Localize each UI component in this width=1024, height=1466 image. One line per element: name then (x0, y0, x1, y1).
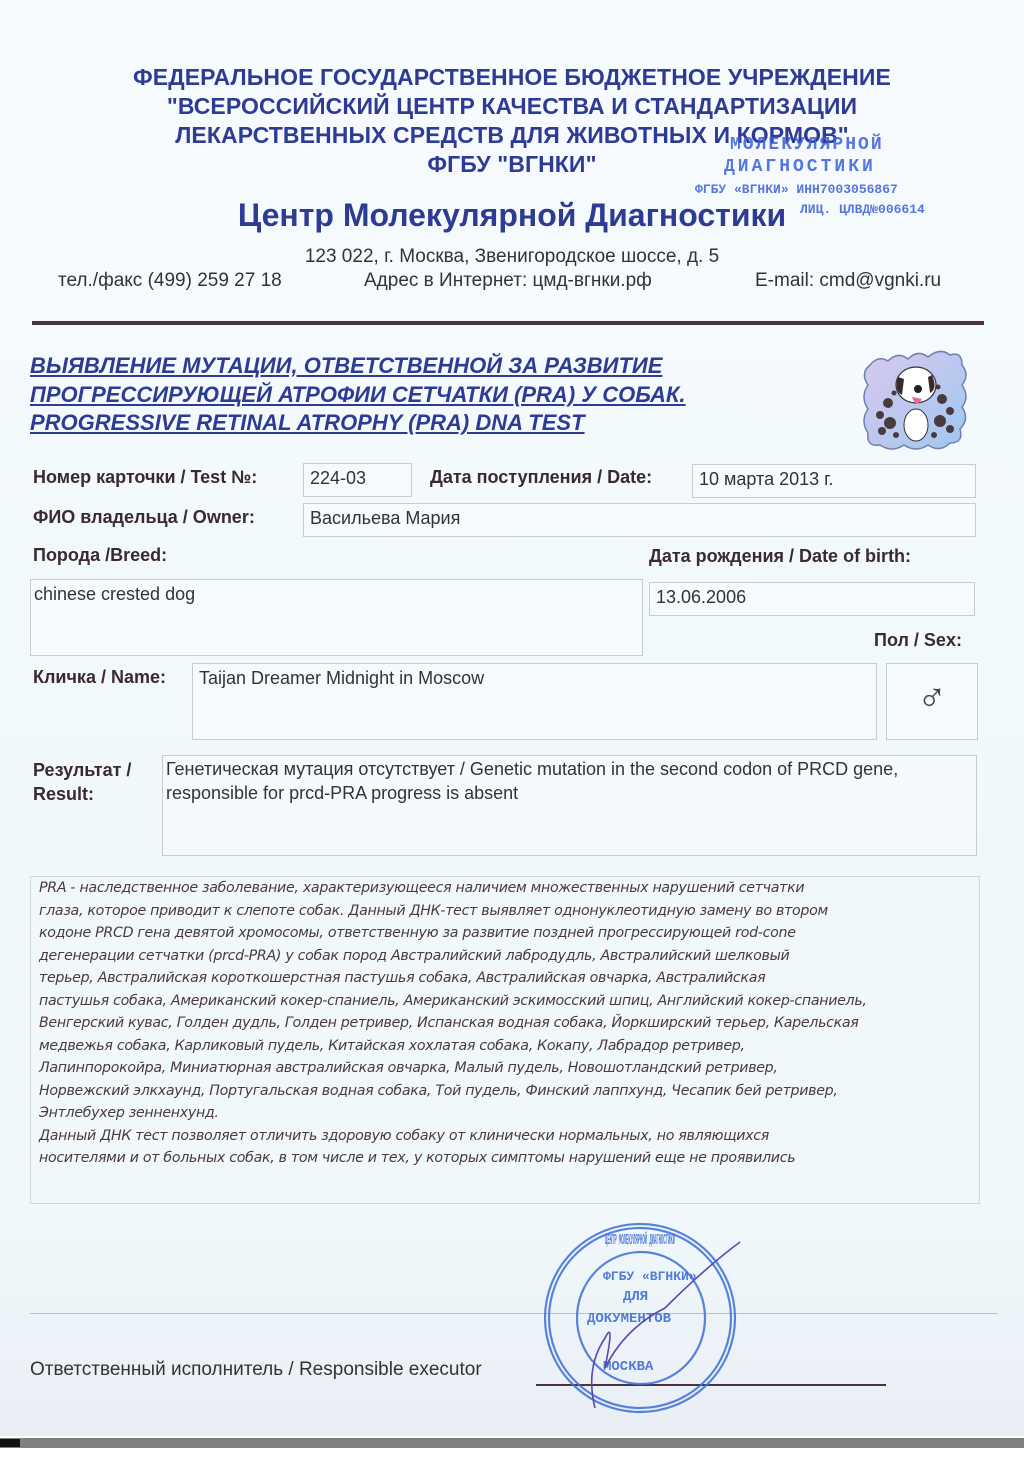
receipt-date-field: 10 марта 2013 г. (692, 464, 976, 498)
description-line: пастушья собака, Американский кокер-спан… (39, 990, 971, 1013)
test-title-line-3: PROGRESSIVE RETINAL ATROPHY (PRA) DNA TE… (30, 410, 585, 436)
sex-label: Пол / Sex: (874, 630, 962, 651)
description-line: медвежья собака, Карликовый пудель, Кита… (39, 1035, 971, 1058)
seal-outer-text: ЦЕНТР МОЛЕКУЛЯРНОЙ ДИАГНОСТИКИ (605, 1231, 675, 1249)
description-line: Венгерский кувас, Голден дудль, Голден р… (39, 1012, 971, 1035)
date-of-birth-label: Дата рождения / Date of birth: (649, 546, 911, 567)
test-description: PRA - наследственное заболевание, характ… (30, 876, 980, 1204)
name-label: Кличка / Name: (33, 667, 166, 688)
lab-stamp-line-3: ФГБУ «ВГНКИ» ИНН7003056867 (695, 182, 898, 197)
seal-inner-top: ФГБУ «ВГНКИ» (603, 1269, 697, 1284)
description-line: Норвежский элкхаунд, Португальская водна… (39, 1080, 971, 1103)
description-line: Лапинпорокойра, Миниатюрная австралийска… (39, 1057, 971, 1080)
official-seal-icon: ЦЕНТР МОЛЕКУЛЯРНОЙ ДИАГНОСТИКИ ФГБУ «ВГН… (535, 1218, 750, 1418)
description-line: терьер, Австралийская короткошерстная па… (39, 967, 971, 990)
description-line: Данный ДНК тест позволяет отличить здоро… (39, 1125, 971, 1148)
breed-field: chinese crested dog (30, 579, 643, 656)
scan-mark (0, 1439, 20, 1447)
address: 123 022, г. Москва, Звенигородское шоссе… (0, 246, 1024, 268)
header-divider (32, 321, 984, 325)
description-line: кодоне PRCD гена девятой хромосомы, отве… (39, 922, 971, 945)
email-link[interactable]: E-mail: cmd@vgnki.ru (755, 270, 941, 292)
responsible-executor-label: Ответственный исполнитель / Responsible … (30, 1359, 482, 1381)
result-label-en: Result: (33, 782, 94, 806)
owner-label: ФИО владельца / Owner: (33, 507, 255, 528)
description-line: носителями и от больных собак, в том чис… (39, 1147, 971, 1170)
lab-stamp-line-1: МОЛЕКУЛЯРНОЙ (730, 135, 884, 155)
male-sex-icon: ♂ (886, 663, 978, 740)
page-bottom-border (0, 1438, 1024, 1448)
date-of-birth-field: 13.06.2006 (649, 582, 975, 616)
result-field: Генетическая мутация отсутствует / Genet… (162, 755, 977, 856)
lab-stamp-line-2: ДИАГНОСТИКИ (724, 157, 876, 177)
center-title: Центр Молекулярной Диагностики (0, 197, 1024, 234)
description-line: дегенерации сетчатки (prcd-PRA) у собак … (39, 945, 971, 968)
owner-field: Васильева Мария (303, 503, 976, 537)
footer-divider (30, 1313, 998, 1314)
description-line: Энтлебухер зенненхунд. (39, 1102, 971, 1125)
dog-name-field: Taijan Dreamer Midnight in Moscow (192, 663, 877, 740)
breed-label: Порода /Breed: (33, 545, 167, 566)
org-name-line-2: "ВСЕРОССИЙСКИЙ ЦЕНТР КАЧЕСТВА И СТАНДАРТ… (0, 93, 1024, 120)
test-number-label: Номер карточки / Test №: (33, 467, 257, 488)
result-label-ru: Результат / (33, 758, 131, 782)
description-line: PRA - наследственное заболевание, характ… (39, 877, 971, 900)
seal-inner-bottom: МОСКВА (603, 1359, 654, 1375)
test-title-line-2: ПРОГРЕССИРУЮЩЕЙ АТРОФИИ СЕТЧАТКИ (PRA) У… (30, 382, 686, 408)
seal-center-2: ДОКУМЕНТОВ (587, 1311, 672, 1327)
seal-center-1: ДЛЯ (623, 1289, 648, 1305)
receipt-date-label: Дата поступления / Date: (430, 467, 652, 488)
test-title-line-1: ВЫЯВЛЕНИЕ МУТАЦИИ, ОТВЕТСТВЕННОЙ ЗА РАЗВ… (30, 353, 662, 379)
dalmatian-logo-icon (858, 343, 973, 455)
description-line: глаза, которое приводит к слепоте собак.… (39, 900, 971, 923)
phone: тел./факс (499) 259 27 18 (58, 270, 282, 292)
certificate-page: ФЕДЕРАЛЬНОЕ ГОСУДАРСТВЕННОЕ БЮДЖЕТНОЕ УЧ… (0, 0, 1024, 1436)
org-name-line-1: ФЕДЕРАЛЬНОЕ ГОСУДАРСТВЕННОЕ БЮДЖЕТНОЕ УЧ… (0, 64, 1024, 91)
test-number-field: 224-03 (303, 463, 412, 497)
website-link[interactable]: Адрес в Интернет: цмд-вгнки.рф (364, 270, 652, 292)
